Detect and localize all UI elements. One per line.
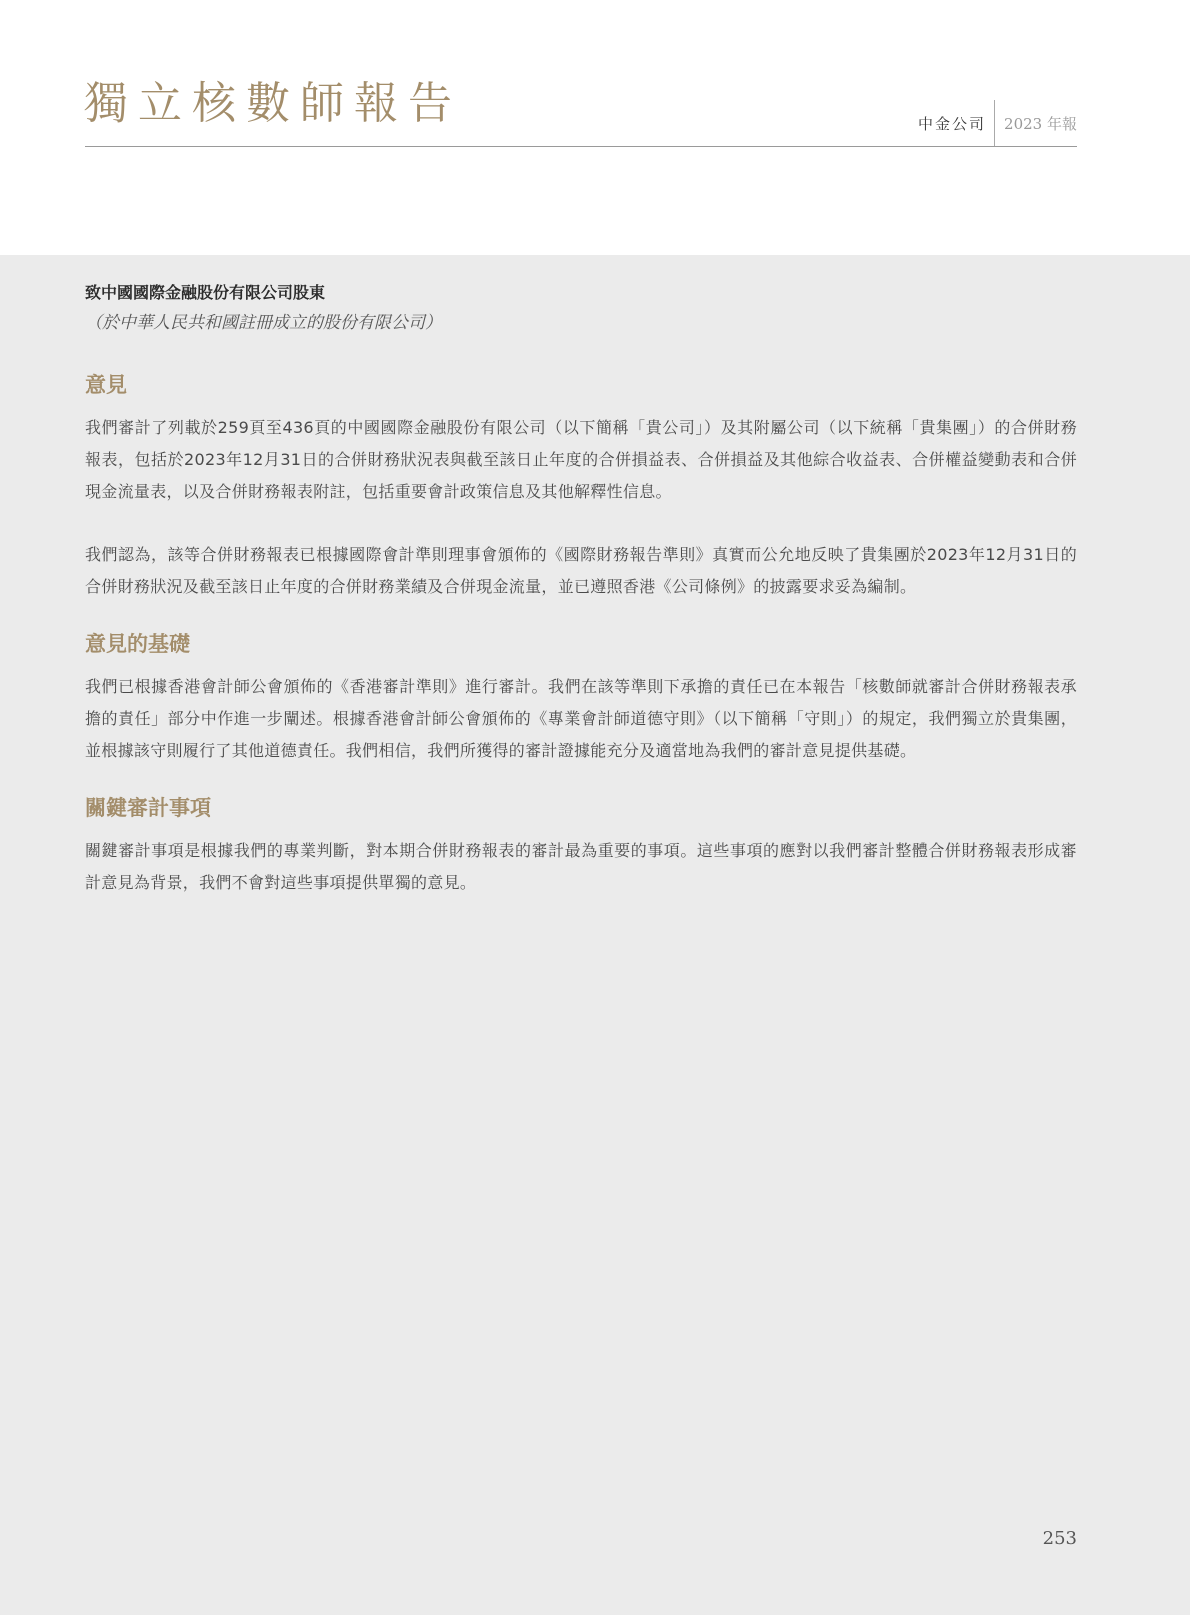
report-body: 致中國國際金融股份有限公司股東 （於中華人民共和國註冊成立的股份有限公司） 意見… [85,280,1077,899]
page-title: 獨立核數師報告 [84,74,462,134]
key-audit-matters-paragraph: 關鍵審計事項是根據我們的專業判斷，對本期合併財務報表的審計最為重要的事項。這些事… [85,835,1077,899]
company-name: 中金公司 [918,113,994,134]
basis-paragraph: 我們已根據香港會計師公會頒佈的《香港審計準則》進行審計。我們在該等準則下承擔的責… [85,671,1077,767]
opinion-paragraph-2: 我們認為，該等合併財務報表已根據國際會計準則理事會頒佈的《國際財務報告準則》真實… [85,539,1077,603]
section-heading-key-audit-matters: 關鍵審計事項 [85,793,1077,823]
title-rule [85,146,1077,147]
section-heading-opinion: 意見 [85,370,1077,400]
section-heading-basis: 意見的基礎 [85,629,1077,659]
incorporation-note: （於中華人民共和國註冊成立的股份有限公司） [85,310,1077,336]
opinion-paragraph-1: 我們審計了列載於259頁至436頁的中國國際金融股份有限公司（以下簡稱「貴公司」… [85,412,1077,508]
page-number: 253 [1043,1528,1077,1549]
addressee: 致中國國際金融股份有限公司股東 [85,280,1077,306]
report-year: 2023 年報 [995,113,1077,134]
header-area: 獨立核數師報告 中金公司 2023 年報 [0,0,1190,255]
running-header: 中金公司 2023 年報 [918,100,1077,146]
